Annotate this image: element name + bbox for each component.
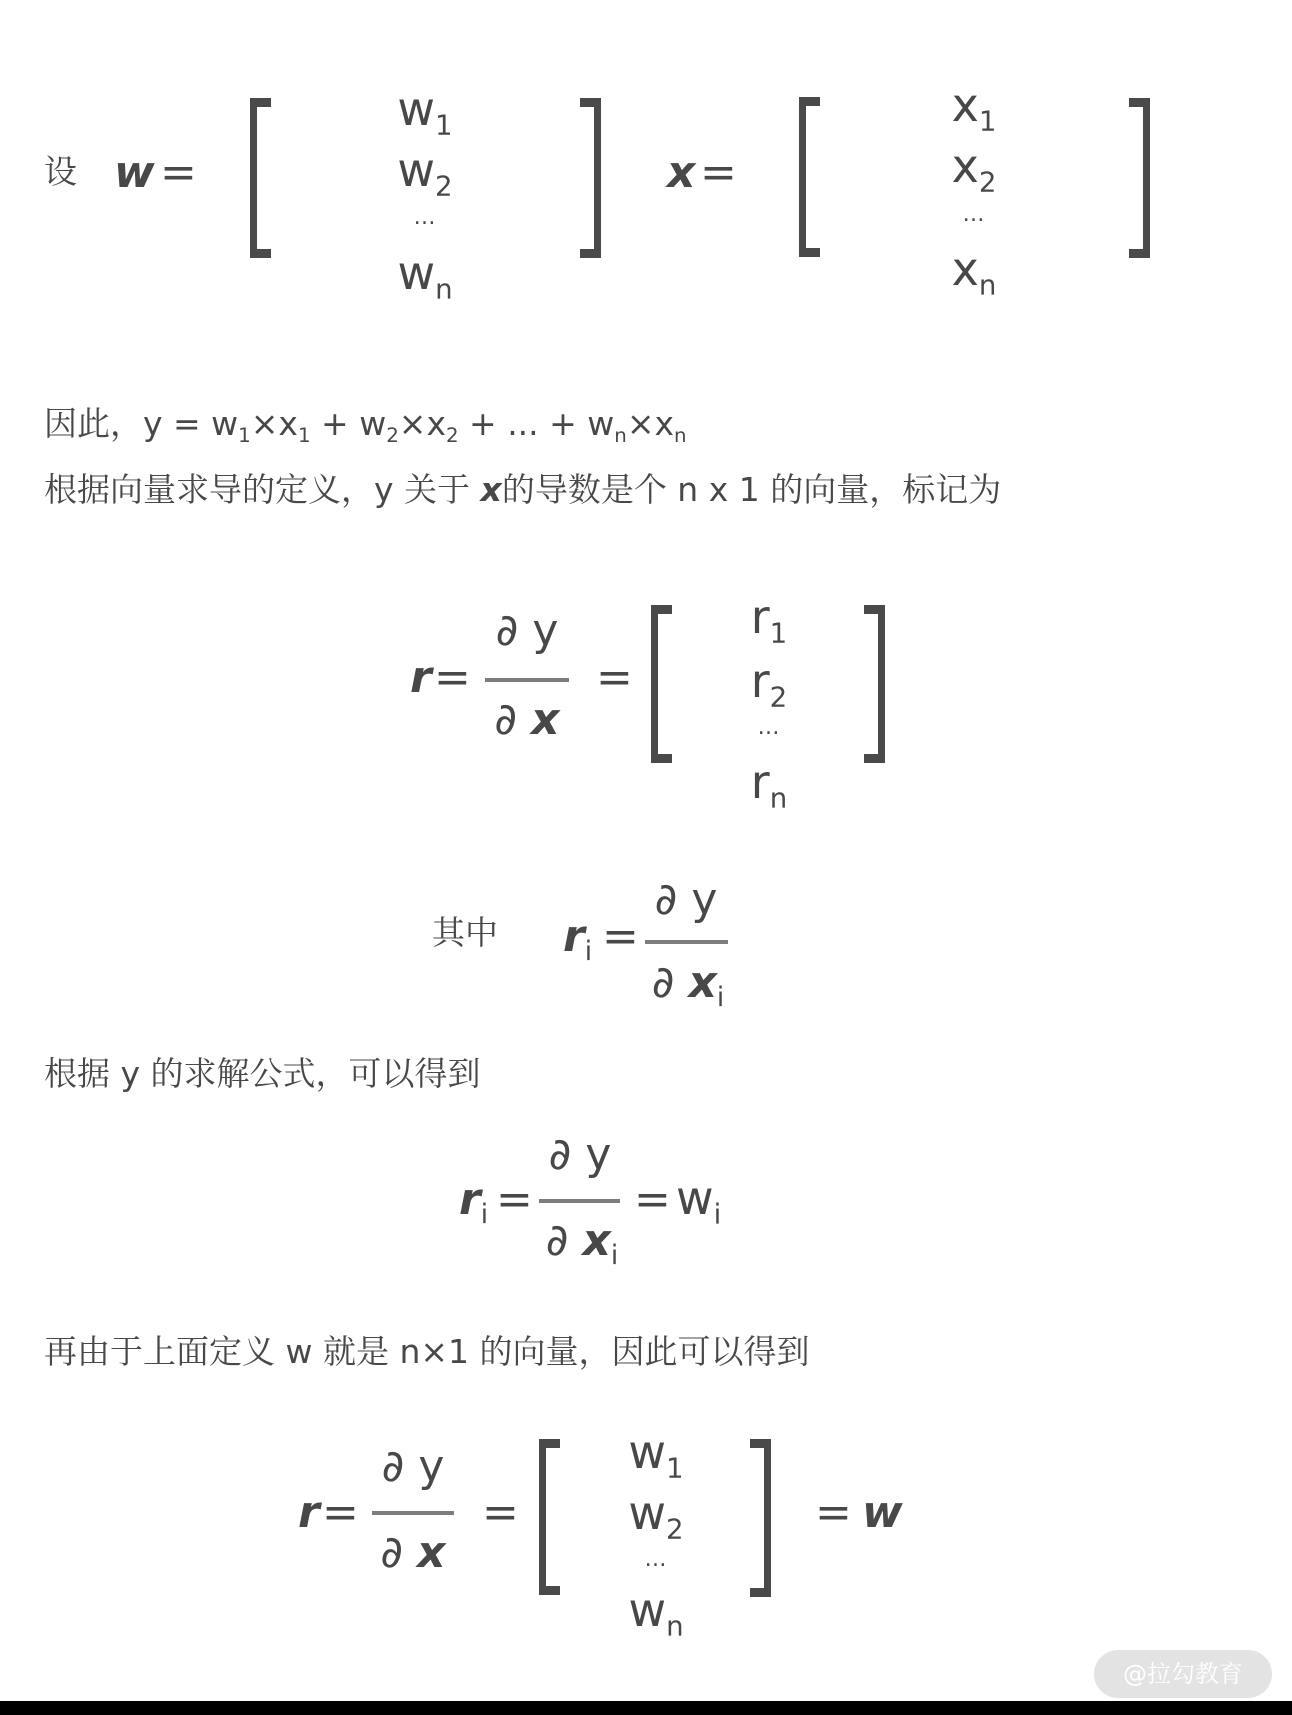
final-entry-n: wn [628,1585,683,1635]
r-entry-ellipsis: … [758,718,781,738]
final-entry-2: w2 [628,1488,683,1538]
intro-label: 设 [44,152,77,192]
ri2-numerator: ∂ y [549,1130,612,1180]
final-w-symbol: w [862,1488,903,1538]
x-entry-2: x2 [952,141,997,191]
final-entry-1: w1 [628,1427,683,1477]
ri2-equals: = [496,1175,533,1225]
w-vector-symbol: w [114,148,155,198]
final-right-bracket [750,1439,771,1597]
r-equals: = [434,653,471,703]
w-equals: = [160,148,197,198]
ri-symbol: ri [563,912,592,962]
wi-symbol: wi [676,1173,721,1223]
w-left-bracket [250,98,271,258]
r-symbol: r [410,653,432,703]
r-right-bracket [864,605,885,763]
derivative-definition-text: 根据向量求导的定义，y 关于 x的导数是个 n x 1 的向量，标记为 [44,470,1001,510]
r-equals-2: = [596,653,633,703]
x-entry-1: x1 [952,80,997,130]
r-entry-1: r1 [751,592,787,642]
y-term-2: w2×x2 + ... + [359,404,587,443]
w-right-bracket [580,98,601,258]
r-numerator: ∂ y [496,606,559,656]
x-equals: = [700,148,737,198]
w-entry-2: w2 [397,145,452,195]
final-fraction-bar [372,1511,454,1515]
y-term-n: wn×xn [587,404,686,443]
ri-equals: = [602,912,639,962]
watermark-badge: @拉勾教育 [1094,1650,1272,1698]
where-label: 其中 [432,913,498,953]
r-fraction-bar [485,678,569,682]
definition-var-x: x [481,470,502,509]
final-equals-3: = [815,1488,852,1538]
ri-numerator: ∂ y [655,875,718,925]
ri2-denominator: ∂ xi [546,1216,618,1266]
ri-denominator: ∂ xi [652,958,724,1008]
y-term-1: w1×x1 + [211,404,359,443]
x-entry-ellipsis: … [963,205,986,225]
solve-text: 根据 y 的求解公式，可以得到 [44,1054,481,1094]
final-denominator: ∂ x [380,1528,445,1578]
y-sum-equation: 因此，y = w1×x1 + w2×x2 + ... + wn×xn [44,404,687,444]
final-numerator: ∂ y [382,1442,445,1492]
r-entry-n: rn [751,757,787,807]
final-entry-ellipsis: … [645,1550,668,1570]
ri2-fraction-bar [539,1199,620,1203]
ri2-symbol: ri [459,1175,488,1225]
final-r-symbol: r [298,1488,320,1538]
bottom-bar [0,1701,1292,1715]
x-right-bracket [1129,98,1150,258]
x-left-bracket [799,97,820,257]
final-equals-2: = [482,1488,519,1538]
ri2-equals-2: = [634,1175,671,1225]
w-entry-n: wn [397,248,452,298]
x-vector-symbol: x [667,148,695,198]
x-entry-n: xn [952,244,997,294]
final-left-bracket [539,1439,560,1595]
ri-fraction-bar [645,940,728,944]
conclusion-text: 再由于上面定义 w 就是 n×1 的向量，因此可以得到 [44,1332,810,1372]
final-equals: = [322,1488,359,1538]
y-sum-prefix: 因此，y = [44,404,211,443]
definition-part-2: 的导数是个 n x 1 的向量，标记为 [502,470,1001,509]
w-entry-1: w1 [397,84,452,134]
r-entry-2: r2 [751,656,787,706]
r-denominator: ∂ x [494,695,559,745]
definition-part-1: 根据向量求导的定义，y 关于 [44,470,481,509]
r-left-bracket [651,605,672,763]
w-entry-ellipsis: … [414,208,437,228]
